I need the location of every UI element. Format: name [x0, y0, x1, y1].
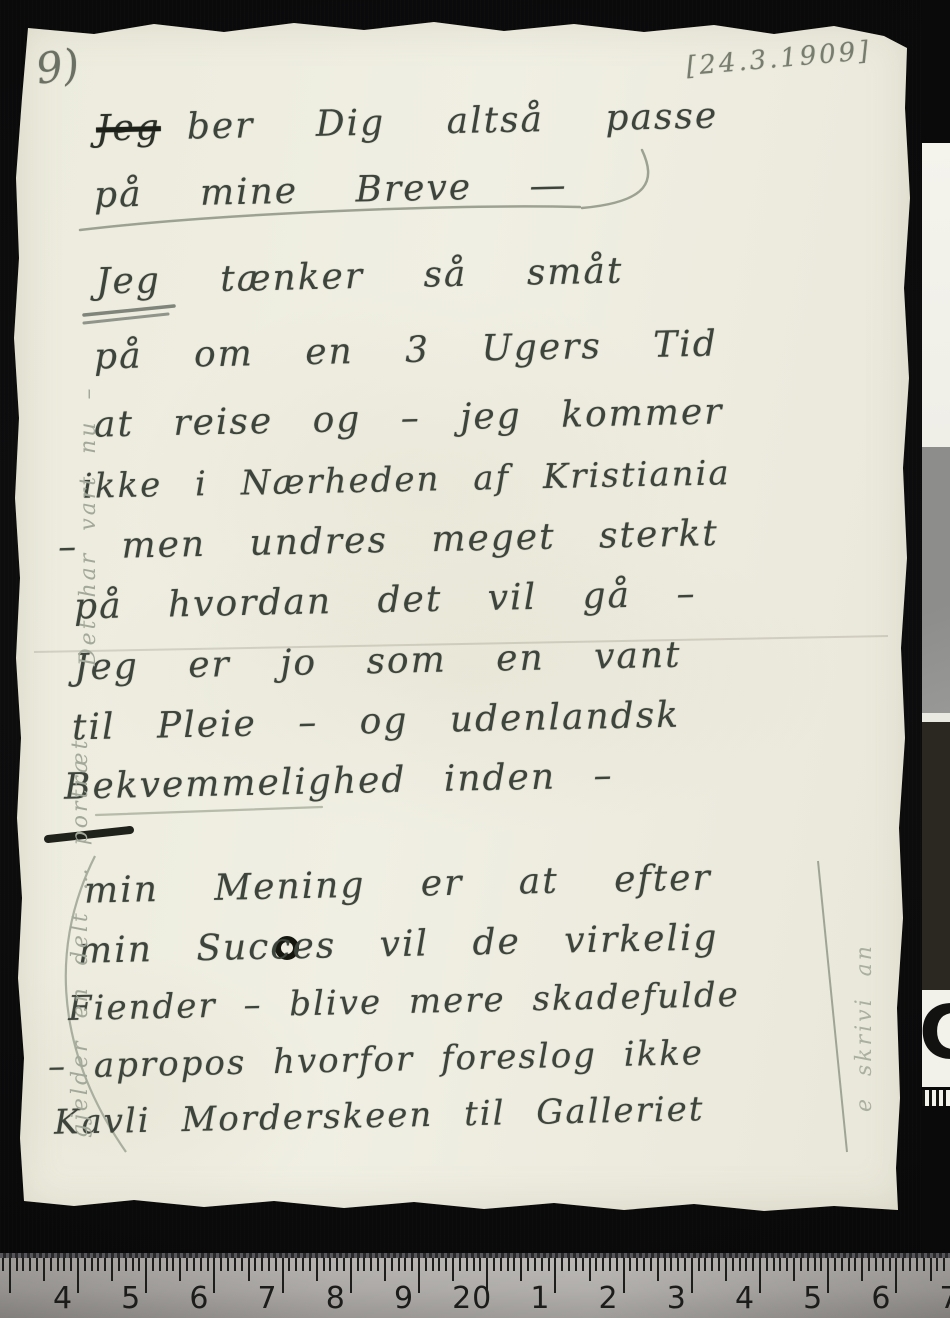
- ruler-label: 5: [121, 1281, 141, 1316]
- ruler-tick: [118, 1258, 120, 1271]
- ruler-tick: [807, 1258, 809, 1271]
- calibration-segment-gray: [922, 447, 950, 713]
- ruler-tick: [97, 1258, 99, 1271]
- ruler-tick: [70, 1258, 72, 1271]
- ruler-tick: [534, 1258, 536, 1271]
- ruler-tick: [77, 1258, 79, 1293]
- ruler-tick: [418, 1258, 420, 1293]
- ruler-tick: [650, 1258, 652, 1271]
- calibration-letter-patch: C: [922, 990, 950, 1087]
- ruler-tick: [541, 1258, 543, 1271]
- ruler-tick: [909, 1258, 911, 1271]
- ruler-tick: [916, 1258, 918, 1271]
- ruler-tick: [91, 1258, 93, 1271]
- ruler-tick: [159, 1258, 161, 1271]
- ruler-tick: [670, 1258, 672, 1271]
- ruler-tick: [882, 1258, 884, 1271]
- ruler-tick: [57, 1258, 59, 1271]
- ruler-tick: [766, 1258, 768, 1271]
- margin-vertical-line: [818, 861, 847, 1152]
- ruler-label: 6: [189, 1281, 209, 1316]
- ruler-tick: [2, 1258, 4, 1271]
- ruler-tick: [500, 1258, 502, 1271]
- margin-note-left-lower: gjelder en delt … portræt: [68, 738, 93, 1138]
- ruler-tick: [814, 1258, 816, 1271]
- ruler-tick: [589, 1258, 591, 1281]
- ruler-tick: [629, 1258, 631, 1271]
- ruler-tick: [466, 1258, 468, 1271]
- ruler-tick: [711, 1258, 713, 1271]
- ruler-tick: [193, 1258, 195, 1271]
- ruler-tick: [752, 1258, 754, 1271]
- ruler-label: 9: [394, 1281, 414, 1316]
- ruler-tick: [575, 1258, 577, 1271]
- ruler-tick: [152, 1258, 154, 1271]
- ruler-tick: [207, 1258, 209, 1271]
- ruler-tick: [759, 1258, 761, 1293]
- ruler-tick: [295, 1258, 297, 1271]
- ruler-tick: [145, 1258, 147, 1293]
- ruler-tick: [875, 1258, 877, 1271]
- ruler-tick: [350, 1258, 352, 1293]
- ruler-tick: [861, 1258, 863, 1281]
- ruler-label: 3: [667, 1281, 687, 1316]
- ruler-tick: [745, 1258, 747, 1271]
- ruler-tick: [275, 1258, 277, 1271]
- ruler-tick: [220, 1258, 222, 1271]
- ruler-tick: [111, 1258, 113, 1281]
- ruler-tick: [104, 1258, 106, 1271]
- ruler-tick: [302, 1258, 304, 1271]
- ruler-tick: [636, 1258, 638, 1271]
- ruler-tick: [725, 1258, 727, 1281]
- ruler-tick: [684, 1258, 686, 1271]
- ruler-label: 4: [735, 1281, 755, 1316]
- breve-underline-hook: [582, 150, 648, 208]
- ruler-tick: [404, 1258, 406, 1271]
- strikethrough-word: Jeg: [96, 107, 162, 149]
- ruler-tick: [125, 1258, 127, 1271]
- calibration-comb-marks: [922, 1090, 950, 1106]
- ruler-tick: [739, 1258, 741, 1271]
- ruler-tick: [827, 1258, 829, 1293]
- ruler-tick: [343, 1258, 345, 1271]
- ruler-tick: [841, 1258, 843, 1271]
- ruler-tick: [902, 1258, 904, 1271]
- ruler-tick: [438, 1258, 440, 1271]
- ruler-tick: [43, 1258, 45, 1281]
- ruler-tick: [834, 1258, 836, 1271]
- ruler-tick: [616, 1258, 618, 1271]
- ruler-tick: [657, 1258, 659, 1281]
- ruler-tick: [179, 1258, 181, 1281]
- ruler-tick: [9, 1258, 11, 1293]
- ruler-tick: [36, 1258, 38, 1271]
- ruler-tick: [936, 1258, 938, 1271]
- ruler-tick: [568, 1258, 570, 1271]
- ruler-tick: [261, 1258, 263, 1271]
- ruler-label: 20: [452, 1281, 492, 1316]
- ruler-tick: [459, 1258, 461, 1271]
- ruler-tick: [166, 1258, 168, 1271]
- ruler-tick: [329, 1258, 331, 1271]
- ruler-tick: [930, 1258, 932, 1281]
- ruler-tick: [132, 1258, 134, 1271]
- ruler-tick: [50, 1258, 52, 1271]
- ruler-tick: [704, 1258, 706, 1271]
- ruler-tick: [623, 1258, 625, 1293]
- ruler-tick: [643, 1258, 645, 1271]
- ruler-tick: [241, 1258, 243, 1271]
- ruler-tick: [398, 1258, 400, 1271]
- ruler-tick: [186, 1258, 188, 1271]
- ruler-tick: [29, 1258, 31, 1271]
- ruler-tick: [561, 1258, 563, 1271]
- ruler-label: 8: [326, 1281, 346, 1316]
- ruler-tick: [63, 1258, 65, 1271]
- ruler-tick: [16, 1258, 18, 1271]
- ruler-tick: [479, 1258, 481, 1271]
- ruler-tick: [513, 1258, 515, 1271]
- ruler-tick: [452, 1258, 454, 1281]
- ruler-tick: [698, 1258, 700, 1271]
- ruler-tick: [854, 1258, 856, 1271]
- ruler-tick: [377, 1258, 379, 1271]
- ruler-label: 4: [53, 1281, 73, 1316]
- ruler-tick: [391, 1258, 393, 1271]
- ruler-tick: [493, 1258, 495, 1271]
- ruler: 456789201234567: [0, 1253, 950, 1318]
- calibration-segment-dark: [922, 722, 950, 990]
- ruler-tick: [943, 1258, 945, 1271]
- ruler-tick: [895, 1258, 897, 1293]
- ruler-tick: [309, 1258, 311, 1271]
- ruler-tick: [848, 1258, 850, 1271]
- ruler-tick: [773, 1258, 775, 1271]
- ruler-tick: [800, 1258, 802, 1271]
- ruler-tick: [336, 1258, 338, 1271]
- ruler-tick: [923, 1258, 925, 1271]
- ruler-tick: [595, 1258, 597, 1271]
- ruler-tick: [664, 1258, 666, 1271]
- ruler-tick: [200, 1258, 202, 1271]
- ruler-tick: [227, 1258, 229, 1271]
- ruler-tick: [548, 1258, 550, 1271]
- ruler-label: 7: [940, 1281, 950, 1316]
- ruler-tick: [84, 1258, 86, 1271]
- margin-note-right: e skrivi an: [852, 943, 877, 1112]
- ruler-tick: [820, 1258, 822, 1271]
- ruler-tick: [691, 1258, 693, 1293]
- ruler-tick: [718, 1258, 720, 1271]
- ruler-tick: [323, 1258, 325, 1271]
- ruler-tick: [602, 1258, 604, 1271]
- faint-underline: [96, 807, 322, 815]
- ruler-tick: [786, 1258, 788, 1271]
- ruler-tick: [254, 1258, 256, 1271]
- ruler-label: 7: [258, 1281, 278, 1316]
- calibration-strip: C: [922, 0, 950, 1253]
- ruler-tick: [316, 1258, 318, 1281]
- paper-sheet: 9) [24.3.1909] Jegber Dig altså passe på…: [14, 18, 914, 1214]
- ruler-tick: [527, 1258, 529, 1271]
- ruler-label: 6: [871, 1281, 891, 1316]
- ruler-tick: [138, 1258, 140, 1271]
- ruler-tick: [609, 1258, 611, 1271]
- margin-note-left-upper: Det har vart nu –: [76, 385, 101, 666]
- ruler-label: 5: [803, 1281, 823, 1316]
- ruler-tick: [248, 1258, 250, 1281]
- ruler-tick: [732, 1258, 734, 1271]
- ruler-tick: [425, 1258, 427, 1271]
- ruler-tick: [868, 1258, 870, 1271]
- ruler-tick: [370, 1258, 372, 1271]
- ruler-tick: [473, 1258, 475, 1271]
- ruler-tick: [554, 1258, 556, 1293]
- ruler-tick: [268, 1258, 270, 1271]
- ruler-tick: [172, 1258, 174, 1271]
- ruler-tick: [432, 1258, 434, 1271]
- ruler-tick: [889, 1258, 891, 1271]
- calibration-segment-white: [922, 143, 950, 447]
- ruler-tick: [779, 1258, 781, 1271]
- ruler-label: 2: [599, 1281, 619, 1316]
- ruler-tick: [582, 1258, 584, 1271]
- ruler-tick: [793, 1258, 795, 1281]
- ruler-tick: [520, 1258, 522, 1281]
- ruler-tick: [213, 1258, 215, 1293]
- ruler-tick: [445, 1258, 447, 1271]
- calibration-letter: C: [922, 996, 950, 1070]
- ruler-tick: [507, 1258, 509, 1271]
- ruler-tick: [363, 1258, 365, 1271]
- ruler-tick: [282, 1258, 284, 1293]
- ruler-tick: [411, 1258, 413, 1271]
- calibration-separator: [922, 713, 950, 722]
- ruler-label: 1: [530, 1281, 550, 1316]
- ruler-tick: [288, 1258, 290, 1271]
- ruler-tick: [357, 1258, 359, 1271]
- ruler-tick: [234, 1258, 236, 1271]
- ruler-tick: [22, 1258, 24, 1271]
- ruler-tick: [677, 1258, 679, 1271]
- ruler-tick: [384, 1258, 386, 1281]
